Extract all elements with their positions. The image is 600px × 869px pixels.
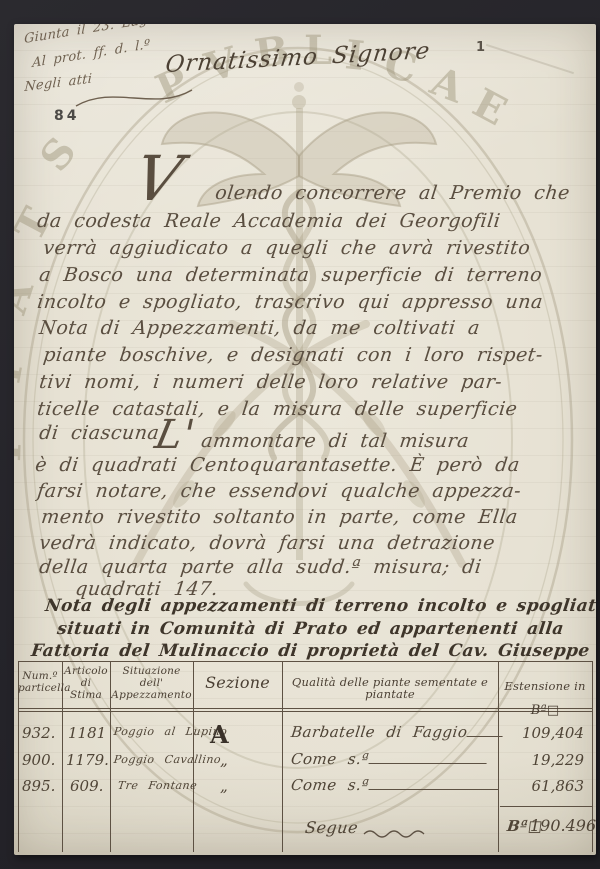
col-header-qualita: Qualità delle piante sementate e piantat… bbox=[284, 676, 496, 700]
body-line: piante boschive, e designati con i loro … bbox=[42, 344, 544, 366]
seal-letter: A bbox=[423, 57, 471, 113]
cell-qualita: Barbatelle di Faggio bbox=[290, 723, 505, 741]
cell-sezione: A bbox=[210, 720, 229, 749]
segue-squiggle bbox=[362, 828, 432, 840]
cell-articolo: 609. bbox=[70, 777, 103, 795]
body-line: tivi nomi, i numeri delle loro relative … bbox=[38, 371, 504, 393]
cell-articolo: 1181 bbox=[68, 724, 106, 742]
segue-text: Segue bbox=[304, 818, 359, 837]
nota-heading-line: Fattoria del Mulinaccio di proprietà del… bbox=[30, 641, 596, 661]
body-line: mento rivestito soltanto in parte, come … bbox=[40, 506, 519, 528]
body-line: di ciascuna. bbox=[38, 422, 167, 444]
body-line: farsi notare, che essendovi qualche appe… bbox=[36, 480, 523, 502]
col-header-situazione: Situazione dell' Appezzamento bbox=[110, 665, 193, 701]
cell-sezione-ditto: „ bbox=[220, 777, 228, 795]
cell-estensione: 19,229 bbox=[500, 751, 584, 769]
segue-label: Segue bbox=[304, 818, 359, 837]
nota-heading-line: Nota degli appezzamenti di terreno incol… bbox=[44, 596, 596, 616]
cell-estensione: 109,404 bbox=[500, 724, 584, 742]
cell-num: 895. bbox=[22, 777, 55, 795]
body-line: ticelle catastali, e la misura delle sup… bbox=[36, 398, 519, 420]
body-line: a Bosco una determinata superficie di te… bbox=[38, 264, 544, 286]
cell-qualita: Come s.ª bbox=[290, 776, 500, 794]
cell-articolo: 1179. bbox=[66, 751, 109, 769]
col-header-articolo-di-stima: Articolo di Stima bbox=[62, 665, 110, 701]
cell-num: 900. bbox=[22, 751, 55, 769]
qualita-text: Barbatelle di Faggio bbox=[290, 723, 469, 741]
body-line: è di quadrati Centoquarantasette. È però… bbox=[34, 454, 521, 476]
col-header-estensione: Estensione in Bª□ bbox=[498, 668, 592, 717]
page-number: 1 bbox=[476, 40, 485, 55]
total-value: 190.496 bbox=[530, 816, 596, 835]
body-line: ammontare di tal misura bbox=[200, 430, 470, 452]
photographed-document: { "page": { "page_number": "1", "archive… bbox=[0, 0, 600, 869]
seal-letter: E bbox=[465, 79, 514, 135]
archive-number-stamp: 84 bbox=[54, 108, 79, 124]
body-line: vedrà indicato, dovrà farsi una detrazio… bbox=[38, 532, 496, 554]
fill-rule bbox=[368, 777, 500, 790]
body-line: incolto e spogliato, trascrivo qui appre… bbox=[36, 291, 544, 313]
body-line: verrà aggiudicato a quegli che avrà rive… bbox=[42, 237, 532, 259]
body-line: olendo concorrere al Premio che bbox=[214, 182, 571, 204]
nota-heading-line: situati in Comunità di Prato ed apparten… bbox=[56, 619, 565, 639]
qualita-text: Come s.ª bbox=[290, 750, 370, 768]
cell-situazione: Tre Fontane bbox=[117, 779, 198, 792]
cell-sezione-ditto: „ bbox=[220, 751, 228, 769]
qualita-text: Come s.ª bbox=[290, 776, 370, 794]
cell-situazione: Poggio Cavallino bbox=[113, 753, 222, 766]
braccia-quadre-symbol: Bª□ bbox=[531, 703, 560, 718]
seal-letter: I bbox=[14, 442, 31, 462]
col-header-num-particella: Num.º particella bbox=[18, 670, 62, 694]
body-line: della quarta parte alla sudd.ª misura; d… bbox=[38, 556, 483, 578]
document-page: P V B L I C A E S T A T I bbox=[14, 24, 596, 855]
col-header-estensione-label: Estensione in bbox=[504, 679, 585, 693]
cell-estensione: 61,863 bbox=[500, 777, 584, 795]
fill-rule bbox=[368, 751, 488, 764]
body-line: da codesta Reale Accademia dei Georgofil… bbox=[36, 210, 502, 232]
cell-num: 932. bbox=[22, 724, 55, 742]
fill-rule bbox=[467, 724, 505, 737]
seal-letter: S bbox=[31, 128, 86, 180]
body-line: Nota di Appezzamenti, da me coltivati a bbox=[38, 317, 481, 339]
col-header-sezione: Sezione bbox=[193, 674, 282, 692]
annotation-flourish bbox=[74, 82, 194, 112]
cell-qualita: Come s.ª bbox=[290, 750, 488, 768]
table-top-rule bbox=[18, 661, 593, 662]
table-sum-rule bbox=[500, 806, 592, 807]
table-vline bbox=[282, 661, 283, 852]
